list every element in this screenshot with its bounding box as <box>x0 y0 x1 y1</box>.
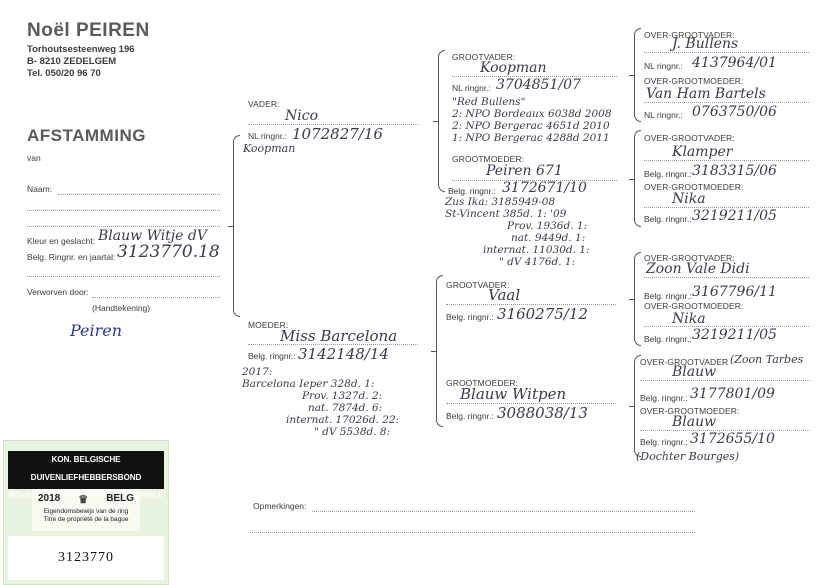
opmerkingen-field-line2[interactable] <box>250 532 695 533</box>
certificate-sub1: Eigendomsbewijs van de ring <box>32 508 140 516</box>
gg-ring: 3219211/05 <box>692 208 777 224</box>
mother-name: Miss Barcelona <box>280 327 397 345</box>
ring-certificate: KON. BELGISCHE DUIVENLIEFHEBBERSBOND ROY… <box>3 440 169 585</box>
pgm-results: Zus Ika: 3185949-08 St-Vincent 385d. 1: … <box>445 196 645 268</box>
gg-ring-label: Belg. ringnr.: <box>644 334 692 344</box>
opmerkingen-field[interactable] <box>312 511 695 512</box>
owner-address: Torhoutsesteenweg 196 <box>27 44 135 56</box>
mgm-ring: 3088038/13 <box>497 404 588 422</box>
mgm-ring-label: Belg. ringnr.: <box>446 411 494 421</box>
mother-result: Barcelona Ieper 328d. 1: <box>242 378 432 390</box>
gg-name: Nika <box>672 191 706 207</box>
mother-ring: 3142148/14 <box>298 345 389 363</box>
verworven-field[interactable] <box>92 297 220 298</box>
brace-gg-3 <box>634 252 641 346</box>
gg-ring-label: Belg. ringnr.: <box>644 214 692 224</box>
pgm-result: internat. 11030d. 1: <box>445 244 645 256</box>
mother-result: " dV 5538d. 8: <box>242 426 432 438</box>
mother-ring-label: Belg. ringnr.: <box>248 351 296 361</box>
gg-role: OVER-GROOTMOEDER: <box>644 301 743 311</box>
mgm-name: Blauw Witpen <box>460 385 566 403</box>
pgm-result: nat. 9449d. 1: <box>445 232 645 244</box>
gg-note: (Dochter Bourges) <box>636 450 739 463</box>
father-note: Koopman <box>243 142 295 155</box>
gg-ring: 3167796/11 <box>692 284 777 300</box>
owner-city: B- 8210 ZEDELGEM <box>27 56 116 68</box>
gg-ring-label: Belg. ringnr.: <box>640 393 688 403</box>
naam-field-line3[interactable] <box>27 226 220 227</box>
mother-result: internat. 17026d. 22: <box>242 414 432 426</box>
mgf-ring-label: Belg. ringnr.: <box>446 312 494 322</box>
certificate-mid: 2018 ♛ BELG Eigendomsbewijs van de ring … <box>32 489 140 531</box>
father-role: VADER: <box>248 99 280 109</box>
ring-value: 3123770.18 <box>117 242 220 262</box>
ring-label: Belg. Ringnr. en jaartal: <box>27 252 115 262</box>
certificate-country: BELG <box>106 493 134 506</box>
pgf-result: "Red Bullens" <box>452 96 612 108</box>
certificate-ring-number: 3123770 <box>58 550 114 565</box>
gg-ring: 3172655/10 <box>690 431 775 447</box>
gg-role: OVER-GROOTVADER: <box>644 133 735 143</box>
pgf-result: 2: NPO Bergerac 4651d 2010 <box>452 120 612 132</box>
gg-ring-label: NL ringnr.: <box>644 110 683 120</box>
naam-label: Naam: <box>27 184 52 194</box>
pgm-result: Prov. 1936d. 1: <box>445 220 645 232</box>
naam-field[interactable] <box>58 194 220 195</box>
pgf-result: 2: NPO Bordeaux 6038d 2008 <box>452 108 612 120</box>
mgf-ring: 3160275/12 <box>497 305 588 323</box>
gg-role-note: (Zoon Tarbes <box>730 353 803 366</box>
mother-result: nat. 7874d. 6: <box>242 402 432 414</box>
certificate-band: KON. BELGISCHE DUIVENLIEFHEBBERSBOND ROY… <box>8 451 164 489</box>
gg-name: Nika <box>672 311 706 327</box>
gg-role: OVER-GROOTMOEDER: <box>644 76 743 86</box>
verworven-label: Verworven door: <box>27 287 89 297</box>
mother-results: 2017: Barcelona Ieper 328d. 1: Prov. 132… <box>242 366 432 438</box>
brace-gg-2 <box>634 130 641 227</box>
certificate-sub2: Titre de propriété de la bague <box>32 516 140 524</box>
pgm-result: " dV 4176d. 1: <box>445 256 645 268</box>
brace-gg-1 <box>634 28 641 122</box>
owner-name: Noël PEIREN <box>27 20 150 42</box>
gg-name: Klamper <box>672 144 733 160</box>
father-ring-label: NL ringnr.: <box>248 131 287 141</box>
pgm-name: Peiren 671 <box>486 163 563 179</box>
mother-result: 2017: <box>242 366 432 378</box>
gg-ring-label: Belg. ringnr.: <box>640 437 688 447</box>
extra-line <box>27 276 220 277</box>
gg-ring-label: Belg. ringnr.: <box>644 291 692 301</box>
certificate-number-box: 3123770 <box>8 536 164 580</box>
gg-ring: 3177801/09 <box>690 386 775 402</box>
gg-ring: 3183315/06 <box>692 163 777 179</box>
gg-ring: 0763750/06 <box>692 104 777 120</box>
page-title: AFSTAMMING <box>27 126 146 146</box>
pgm-result: Zus Ika: 3185949-08 <box>445 196 645 208</box>
brace-parents <box>233 135 240 317</box>
gg-name: J. Bullens <box>672 36 738 52</box>
handtekening-label: (Handtekening) <box>92 303 150 313</box>
gg-name: Zoon Vale Didi <box>646 261 750 277</box>
brace-maternal-grandparents <box>436 275 443 427</box>
pgf-ring-label: NL ringnr.: <box>452 83 491 93</box>
pgf-result: 1: NPO Bergerac 4288d 2011 <box>452 132 612 144</box>
father-name: Nico <box>285 108 318 124</box>
van-label: van <box>27 153 41 163</box>
gg-ring-label: NL ringnr.: <box>644 61 683 71</box>
signature: Peiren <box>70 321 122 340</box>
certificate-line1: KON. BELGISCHE DUIVENLIEFHEBBERSBOND <box>8 451 164 487</box>
gg-ring: 3219211/05 <box>692 327 777 343</box>
certificate-year: 2018 <box>38 493 60 506</box>
crown-icon: ♛ <box>78 493 88 506</box>
kleur-label: Kleur en geslacht: <box>27 236 95 246</box>
pgm-result: St-Vincent 385d. 1: '09 <box>445 208 645 220</box>
gg-name: Blauw <box>672 414 716 430</box>
gg-ring-label: Belg. ringnr.: <box>644 169 692 179</box>
brace-paternal-grandparents <box>438 50 445 192</box>
gg-ring: 4137964/01 <box>692 55 777 71</box>
mother-result: Prov. 1327d. 2: <box>242 390 432 402</box>
pgf-ring: 3704851/07 <box>496 77 581 93</box>
naam-field-line2[interactable] <box>27 210 220 211</box>
pgm-ring-label: Belg. ringnr.: <box>448 186 496 196</box>
father-ring: 1072827/16 <box>292 125 383 143</box>
mgf-name: Vaal <box>488 286 520 304</box>
pgm-ring: 3172671/10 <box>502 180 587 196</box>
owner-phone: Tel. 050/20 96 70 <box>27 68 101 80</box>
opmerkingen-label: Opmerkingen: <box>253 501 306 511</box>
pgf-results: "Red Bullens" 2: NPO Bordeaux 6038d 2008… <box>452 96 612 144</box>
pgf-name: Koopman <box>480 60 547 76</box>
gg-name: Blauw <box>672 364 716 380</box>
gg-name: Van Ham Bartels <box>646 86 766 102</box>
